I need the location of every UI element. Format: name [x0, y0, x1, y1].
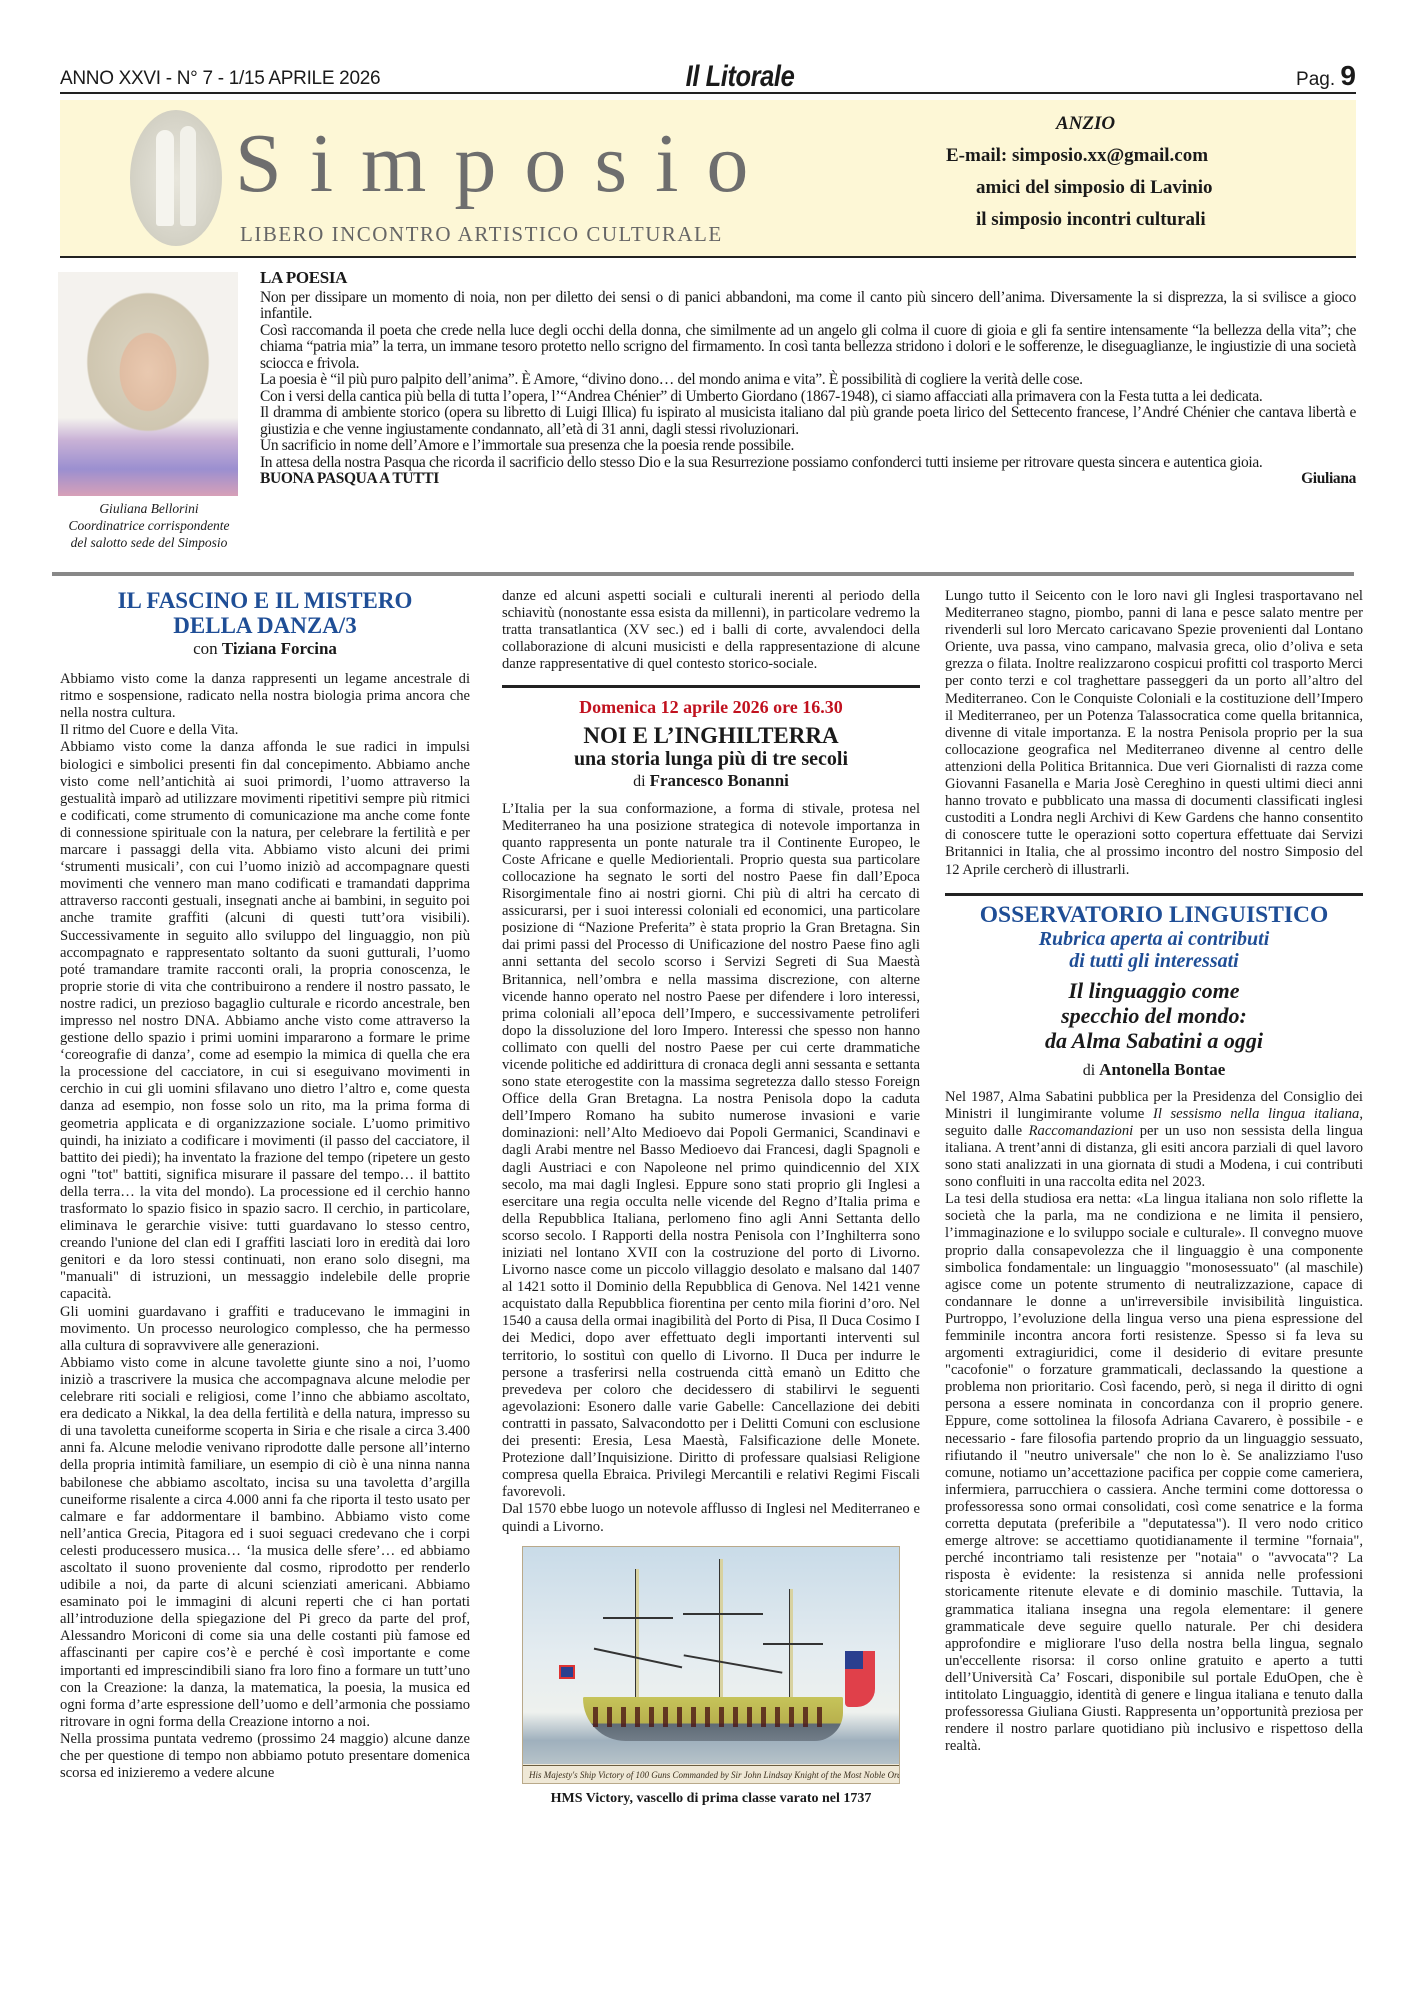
union-jack-icon	[559, 1665, 575, 1679]
closing-line: BUONA PASQUA A TUTTI Giuliana	[260, 471, 1356, 488]
paragraph: Gli uomini guardavano i graffiti e tradu…	[60, 1304, 470, 1355]
danza-article: IL FASCINO E IL MISTERO DELLA DANZA/3 co…	[60, 588, 470, 1782]
greeting: BUONA PASQUA A TUTTI	[260, 471, 439, 488]
paragraph: In attesa della nostra Pasqua che ricord…	[260, 455, 1356, 472]
simposio-banner: Simposio LIBERO INCONTRO ARTISTICO CULTU…	[60, 100, 1356, 258]
section-subheading: Rubrica aperta ai contributi di tutti gl…	[945, 928, 1363, 972]
mast	[635, 1569, 639, 1699]
paragraph: Abbiamo visto come la danza rappresenti …	[60, 671, 470, 722]
paragraph: Nel 1987, Alma Sabatini pubblica per la …	[945, 1089, 1363, 1192]
newspaper-name: Il Litorale	[655, 60, 825, 94]
medallion-logo-icon	[130, 110, 222, 246]
yard	[683, 1613, 763, 1615]
issue-info: ANNO XXVI - N° 7 - 1/15 APRILE 2026	[60, 68, 380, 90]
right-column: Lungo tutto il Seicento con le loro navi…	[945, 588, 1363, 1755]
mast	[719, 1559, 723, 1699]
portrait-caption: Giuliana Bellorini Coordinatrice corrisp…	[50, 500, 248, 551]
danza-continuation: danze ed alcuni aspetti sociali e cultur…	[502, 588, 920, 673]
group-name-1: amici del simposio di Lavinio	[936, 172, 1356, 204]
paragraph: Nella prossima puntata vedremo (prossimo…	[60, 1731, 470, 1782]
paragraph: L’Italia per la sua conformazione, a for…	[502, 801, 920, 1502]
paragraph: Con i versi della cantica più bella di t…	[260, 389, 1356, 406]
section-subtitle: LIBERO INCONTRO ARTISTICO CULTURALE	[240, 222, 723, 247]
paragraph: Così raccomanda il poeta che crede nella…	[260, 323, 1356, 373]
portrait-photo	[58, 272, 238, 496]
paragraph: Non per dissipare un momento di noia, no…	[260, 290, 1356, 323]
page-number: Pag. 9	[1296, 60, 1356, 92]
middle-column: danze ed alcuni aspetti sociali e cultur…	[502, 588, 920, 1807]
banner-contacts: ANZIO E-mail: simposio.xx@gmail.com amic…	[936, 108, 1356, 236]
article-title: IL FASCINO E IL MISTERO DELLA DANZA/3	[60, 588, 470, 638]
byline: con Tiziana Forcina	[60, 640, 470, 657]
yard	[603, 1617, 673, 1619]
divider	[502, 685, 920, 688]
group-name-2: il simposio incontri culturali	[936, 204, 1356, 236]
inghilterra-continuation: Lungo tutto il Seicento con le loro navi…	[945, 588, 1363, 879]
poesia-heading: LA POESIA	[260, 270, 1356, 287]
article-title: Il linguaggio come specchio del mondo: d…	[945, 978, 1363, 1053]
article-subtitle: una storia lunga più di tre secoli	[502, 748, 920, 770]
byline: di Antonella Bontae	[945, 1061, 1363, 1079]
paragraph: La tesi della studiosa era netta: «La li…	[945, 1191, 1363, 1755]
section-heading: OSSERVATORIO LINGUISTICO	[945, 902, 1363, 928]
image-inscription: His Majesty's Ship Victory of 100 Guns C…	[523, 1765, 899, 1783]
paragraph: Dal 1570 ebbe luogo un notevole afflusso…	[502, 1501, 920, 1535]
paragraph: Il ritmo del Cuore e della Vita.	[60, 722, 470, 739]
signature: Giuliana	[1301, 471, 1356, 488]
ship-hull	[583, 1697, 843, 1741]
masthead: ANNO XXVI - N° 7 - 1/15 APRILE 2026 Il L…	[60, 62, 1356, 94]
yard	[763, 1643, 823, 1645]
paragraph: Abbiamo visto come in alcune tavolette g…	[60, 1355, 470, 1731]
ship-illustration: His Majesty's Ship Victory of 100 Guns C…	[522, 1546, 900, 1784]
byline: di Francesco Bonanni	[502, 772, 920, 790]
city: ANZIO	[936, 108, 1356, 140]
event-date: Domenica 12 aprile 2026 ore 16.30	[502, 696, 920, 718]
poesia-article: LA POESIA Non per dissipare un momento d…	[260, 270, 1356, 488]
red-ensign-flag-icon	[845, 1651, 875, 1707]
section-title: Simposio	[235, 122, 776, 206]
article-title: NOI E L’INGHILTERRA	[502, 724, 920, 748]
image-caption: HMS Victory, vascello di prima classe va…	[502, 1790, 920, 1807]
divider	[52, 572, 1354, 576]
paragraph: Abbiamo visto come la danza affonda le s…	[60, 739, 470, 1303]
paragraph: La poesia è “il più puro palpito dell’an…	[260, 372, 1356, 389]
paragraph: Un sacrificio in nome dell’Amore e l’imm…	[260, 438, 1356, 455]
paragraph: Il dramma di ambiente storico (opera su …	[260, 405, 1356, 438]
divider	[945, 893, 1363, 896]
yard	[684, 1654, 783, 1673]
email[interactable]: E-mail: simposio.xx@gmail.com	[936, 140, 1356, 172]
